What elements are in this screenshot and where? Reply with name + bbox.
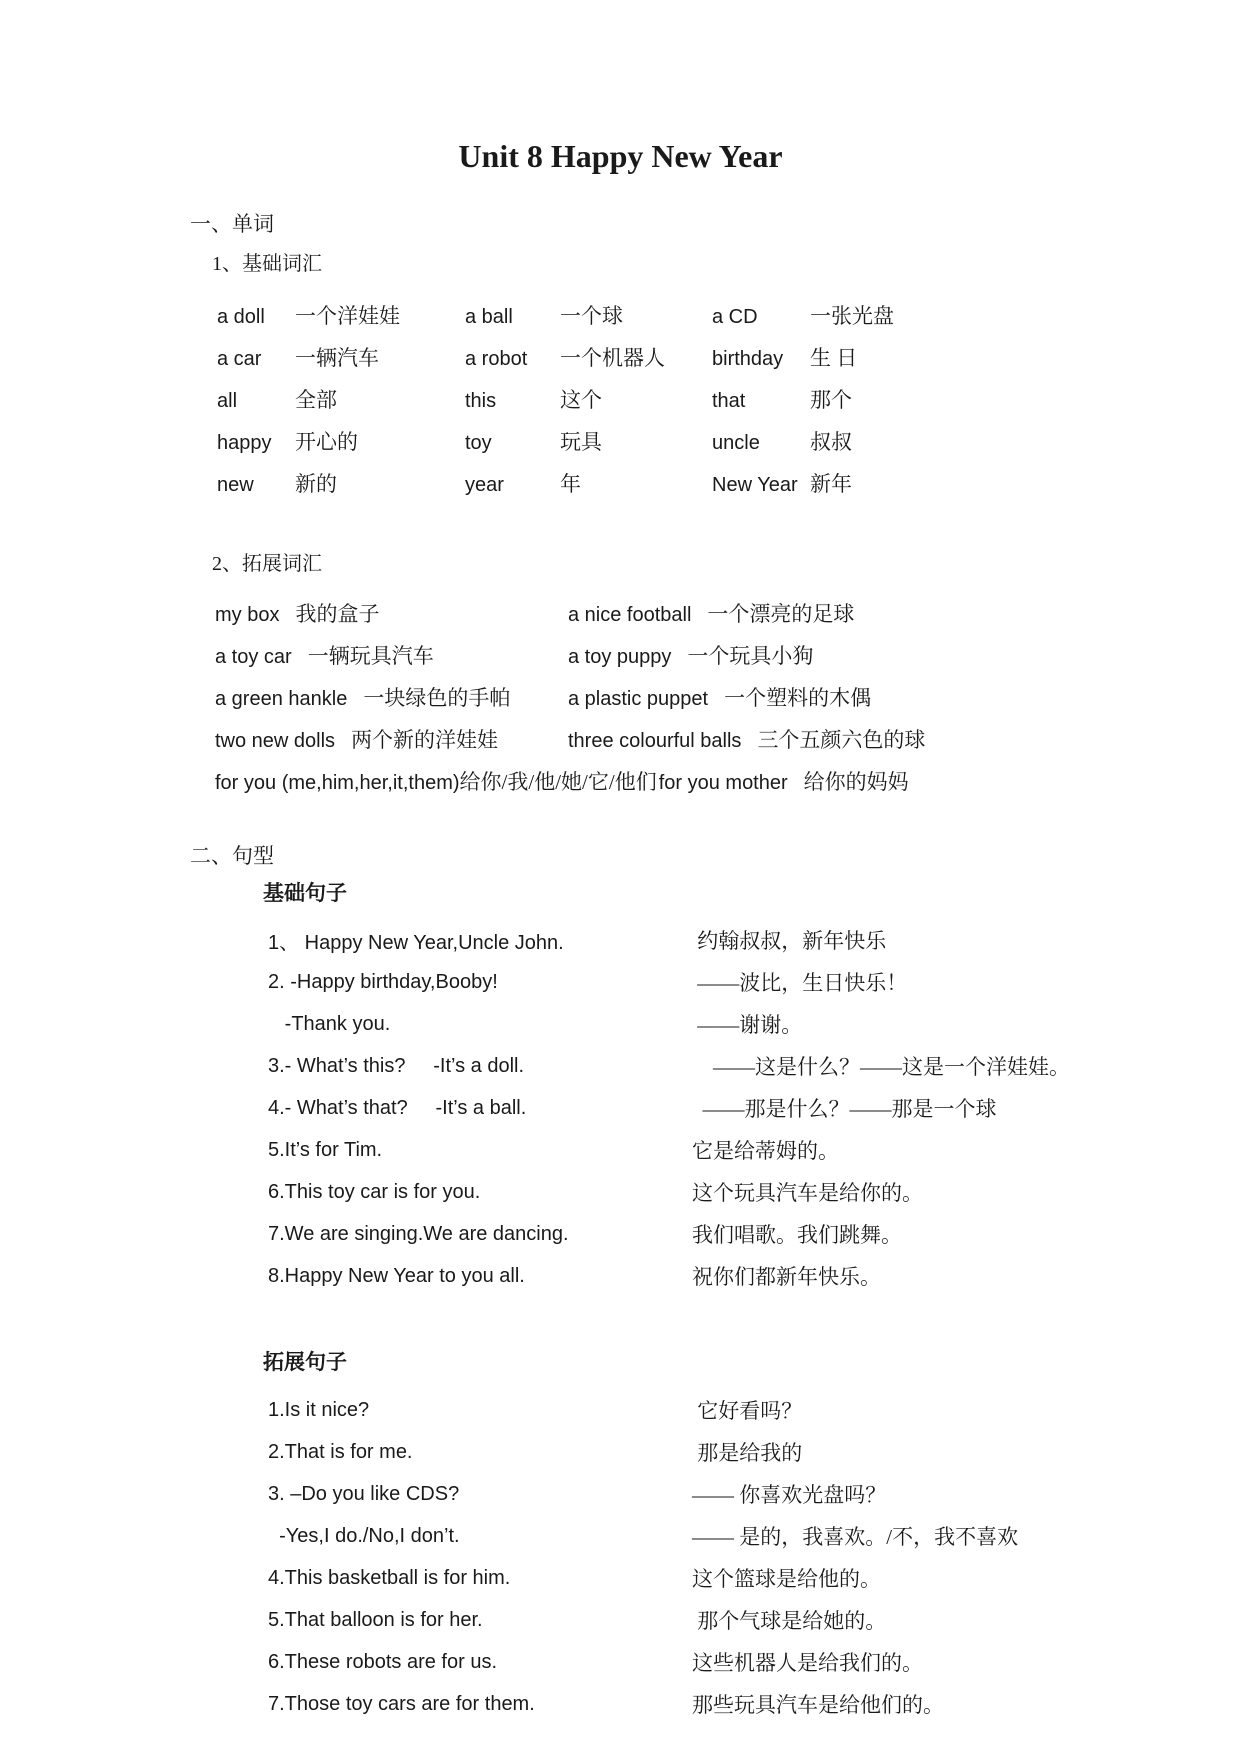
vocab-row: all全部 this这个 that那个: [217, 378, 894, 420]
subheading-extended-vocab: 2、拓展词汇: [212, 552, 322, 577]
vocab-entry: for you mother给你的妈妈: [659, 766, 909, 796]
sentence-en: 8.Happy New Year to you all.: [268, 1265, 692, 1288]
vocab-entry: a toy car一辆玩具汽车: [215, 640, 568, 670]
vocab-en: a toy puppy: [568, 646, 671, 669]
sentence-row: 3.- What’s this? -It’s a doll. ——这是什么？——…: [268, 1045, 1070, 1087]
sentence-en: 1、 Happy New Year,Uncle John.: [268, 926, 692, 955]
vocab-row: a toy car一辆玩具汽车 a toy puppy一个玩具小狗: [215, 634, 925, 676]
vocab-zh: 一个机器人: [560, 342, 665, 372]
vocab-en: a ball: [465, 306, 560, 329]
sentence-row: 4.This basketball is for him. 这个篮球是给他的。: [268, 1557, 1018, 1599]
sentence-row: -Thank you. ——谢谢。: [268, 1003, 1070, 1045]
sentence-en: -Thank you.: [268, 1013, 692, 1036]
vocab-zh: 开心的: [295, 426, 358, 456]
sentence-en: 5.It’s for Tim.: [268, 1139, 692, 1162]
sentence-en: 6.This toy car is for you.: [268, 1181, 692, 1204]
sentence-zh: 这些机器人是给我们的。: [692, 1647, 923, 1677]
sentence-zh: 这个篮球是给他的。: [692, 1563, 881, 1593]
vocab-entry: New Year新年: [712, 468, 852, 498]
vocab-zh: 玩具: [560, 426, 602, 456]
vocab-en: New Year: [712, 474, 810, 497]
sentence-en: 3. –Do you like CDS?: [268, 1483, 692, 1506]
vocab-en: for you mother: [659, 772, 788, 795]
sentence-zh: —— 是的，我喜欢。/不，我不喜欢: [692, 1521, 1018, 1551]
sentence-zh: ——那是什么？——那是一个球: [692, 1093, 997, 1123]
vocab-entry: all全部: [217, 384, 465, 414]
vocab-entry: a ball一个球: [465, 300, 712, 330]
vocab-en: my box: [215, 604, 279, 627]
vocab-en: a CD: [712, 306, 810, 329]
sentence-zh: 约翰叔叔，新年快乐: [692, 925, 886, 955]
sentence-row: 3. –Do you like CDS? —— 你喜欢光盘吗？: [268, 1473, 1018, 1515]
sentence-row: 2. -Happy birthday,Booby! ——波比，生日快乐！: [268, 961, 1070, 1003]
vocab-row: a green hankle一块绿色的手帕 a plastic puppet一个…: [215, 676, 925, 718]
vocab-zh: 新年: [810, 468, 852, 498]
sentence-row: 1、 Happy New Year,Uncle John. 约翰叔叔，新年快乐: [268, 919, 1070, 961]
vocab-en: new: [217, 474, 295, 497]
vocab-row: happy开心的 toy玩具 uncle叔叔: [217, 420, 894, 462]
vocab-en: birthday: [712, 348, 810, 371]
vocab-zh: 一辆汽车: [295, 342, 379, 372]
vocab-entry: a toy puppy一个玩具小狗: [568, 640, 813, 670]
subheading-extended-sentences: 拓展句子: [263, 1350, 347, 1376]
sentence-en: 7.We are singing.We are dancing.: [268, 1223, 692, 1246]
sentence-row: 4.- What’s that? -It’s a ball. ——那是什么？——…: [268, 1087, 1070, 1129]
vocab-entry: toy玩具: [465, 426, 712, 456]
sentence-zh: ——波比，生日快乐！: [692, 967, 907, 997]
sentence-zh: 那是给我的: [692, 1437, 802, 1467]
subheading-basic-sentences: 基础句子: [263, 881, 347, 907]
vocab-zh: 那个: [810, 384, 852, 414]
sentence-row: 7.We are singing.We are dancing. 我们唱歌。我们…: [268, 1213, 1070, 1255]
vocab-en: for you (me,him,her,it,them): [215, 772, 460, 795]
vocab-en: toy: [465, 432, 560, 455]
sentence-en: -Yes,I do./No,I don’t.: [268, 1525, 692, 1548]
vocab-entry: two new dolls两个新的洋娃娃: [215, 724, 568, 754]
vocab-entry: my box我的盒子: [215, 598, 568, 628]
sentence-row: 7.Those toy cars are for them. 那些玩具汽车是给他…: [268, 1683, 1018, 1725]
vocab-zh: 一块绿色的手帕: [363, 682, 510, 712]
vocab-zh: 一个塑料的木偶: [724, 682, 871, 712]
sentence-zh: 我们唱歌。我们跳舞。: [692, 1219, 902, 1249]
vocab-entry: this这个: [465, 384, 712, 414]
vocab-row: my box我的盒子 a nice football一个漂亮的足球: [215, 592, 925, 634]
vocab-entry: a plastic puppet一个塑料的木偶: [568, 682, 871, 712]
sentence-en: 2. -Happy birthday,Booby!: [268, 971, 692, 994]
sentence-en: 4.- What’s that? -It’s a ball.: [268, 1097, 692, 1120]
vocab-zh: 两个新的洋娃娃: [351, 724, 498, 754]
vocab-en: happy: [217, 432, 295, 455]
sentence-row: 1.Is it nice? 它好看吗？: [268, 1389, 1018, 1431]
section-heading-sentences: 二、句型: [190, 843, 274, 869]
extended-vocab-table: my box我的盒子 a nice football一个漂亮的足球 a toy …: [215, 592, 925, 802]
vocab-zh: 叔叔: [810, 426, 852, 456]
sentence-zh: 那些玩具汽车是给他们的。: [692, 1689, 944, 1719]
sentence-row: 6.These robots are for us. 这些机器人是给我们的。: [268, 1641, 1018, 1683]
sentence-zh: 它好看吗？: [692, 1395, 802, 1425]
vocab-en: a robot: [465, 348, 560, 371]
sentence-row: 5.That balloon is for her. 那个气球是给她的。: [268, 1599, 1018, 1641]
vocab-entry: a doll一个洋娃娃: [217, 300, 465, 330]
vocab-row: new新的 year年 New Year新年: [217, 462, 894, 504]
vocab-zh: 一辆玩具汽车: [308, 640, 434, 670]
vocab-entry: year年: [465, 468, 712, 498]
vocab-en: two new dolls: [215, 730, 335, 753]
vocab-entry: uncle叔叔: [712, 426, 852, 456]
sentence-en: 7.Those toy cars are for them.: [268, 1693, 692, 1716]
vocab-en: three colourful balls: [568, 730, 741, 753]
basic-vocab-table: a doll一个洋娃娃 a ball一个球 a CD一张光盘 a car一辆汽车…: [217, 294, 894, 504]
vocab-entry: happy开心的: [217, 426, 465, 456]
vocab-zh: 一个洋娃娃: [295, 300, 400, 330]
vocab-zh: 一个球: [560, 300, 623, 330]
basic-sentence-list: 1、 Happy New Year,Uncle John. 约翰叔叔，新年快乐 …: [268, 919, 1070, 1297]
vocab-row: two new dolls两个新的洋娃娃 three colourful bal…: [215, 718, 925, 760]
vocab-entry: a green hankle一块绿色的手帕: [215, 682, 568, 712]
sentence-row: 8.Happy New Year to you all. 祝你们都新年快乐。: [268, 1255, 1070, 1297]
vocab-zh: 一个玩具小狗: [687, 640, 813, 670]
vocab-entry: for you (me,him,her,it,them)给你/我/他/她/它/他…: [215, 766, 659, 796]
vocab-en: all: [217, 390, 295, 413]
vocab-zh: 三个五颜六色的球: [757, 724, 925, 754]
vocab-entry: a nice football一个漂亮的足球: [568, 598, 854, 628]
sentence-zh: 它是给蒂姆的。: [692, 1135, 839, 1165]
sentence-en: 2.That is for me.: [268, 1441, 692, 1464]
vocab-zh: 生 日: [810, 342, 857, 372]
vocab-en: a doll: [217, 306, 295, 329]
vocab-en: this: [465, 390, 560, 413]
vocab-zh: 一张光盘: [810, 300, 894, 330]
vocab-en: a car: [217, 348, 295, 371]
vocab-en: a toy car: [215, 646, 292, 669]
sentence-zh: ——谢谢。: [692, 1009, 802, 1039]
vocab-row: for you (me,him,her,it,them)给你/我/他/她/它/他…: [215, 760, 925, 802]
vocab-en: that: [712, 390, 810, 413]
vocab-entry: a CD一张光盘: [712, 300, 894, 330]
sentence-zh: 那个气球是给她的。: [692, 1605, 886, 1635]
sentence-zh: 这个玩具汽车是给你的。: [692, 1177, 923, 1207]
sentence-row: 2.That is for me. 那是给我的: [268, 1431, 1018, 1473]
vocab-en: year: [465, 474, 560, 497]
vocab-entry: a car一辆汽车: [217, 342, 465, 372]
vocab-en: a nice football: [568, 604, 691, 627]
subheading-basic-vocab: 1、基础词汇: [212, 252, 322, 277]
vocab-row: a car一辆汽车 a robot一个机器人 birthday生 日: [217, 336, 894, 378]
sentence-zh: ——这是什么？——这是一个洋娃娃。: [692, 1051, 1070, 1081]
vocab-en: a plastic puppet: [568, 688, 708, 711]
vocab-entry: that那个: [712, 384, 852, 414]
vocab-entry: new新的: [217, 468, 465, 498]
vocab-zh: 新的: [295, 468, 337, 498]
sentence-en: 6.These robots are for us.: [268, 1651, 692, 1674]
document-title: Unit 8 Happy New Year: [0, 138, 1241, 174]
sentence-en: 1.Is it nice?: [268, 1399, 692, 1422]
vocab-zh: 全部: [295, 384, 337, 414]
vocab-zh: 我的盒子: [295, 598, 379, 628]
vocab-entry: three colourful balls三个五颜六色的球: [568, 724, 925, 754]
sentence-zh: —— 你喜欢光盘吗？: [692, 1479, 886, 1509]
section-heading-words: 一、单词: [190, 211, 274, 237]
vocab-entry: a robot一个机器人: [465, 342, 712, 372]
vocab-zh: 给你的妈妈: [804, 766, 909, 796]
vocab-zh: 一个漂亮的足球: [707, 598, 854, 628]
vocab-en: uncle: [712, 432, 810, 455]
sentence-en: 5.That balloon is for her.: [268, 1609, 692, 1632]
vocab-entry: birthday生 日: [712, 342, 857, 372]
extended-sentence-list: 1.Is it nice? 它好看吗？ 2.That is for me. 那是…: [268, 1389, 1018, 1725]
sentence-row: 6.This toy car is for you. 这个玩具汽车是给你的。: [268, 1171, 1070, 1213]
document-page: Unit 8 Happy New Year 一、单词 1、基础词汇 a doll…: [0, 0, 1241, 1754]
vocab-en: a green hankle: [215, 688, 347, 711]
sentence-en: 4.This basketball is for him.: [268, 1567, 692, 1590]
sentence-row: 5.It’s for Tim. 它是给蒂姆的。: [268, 1129, 1070, 1171]
sentence-row: -Yes,I do./No,I don’t. —— 是的，我喜欢。/不，我不喜欢: [268, 1515, 1018, 1557]
sentence-en: 3.- What’s this? -It’s a doll.: [268, 1055, 692, 1078]
sentence-zh: 祝你们都新年快乐。: [692, 1261, 881, 1291]
vocab-zh: 给你/我/他/她/它/他们: [460, 766, 657, 796]
vocab-row: a doll一个洋娃娃 a ball一个球 a CD一张光盘: [217, 294, 894, 336]
vocab-zh: 年: [560, 468, 581, 498]
vocab-zh: 这个: [560, 384, 602, 414]
